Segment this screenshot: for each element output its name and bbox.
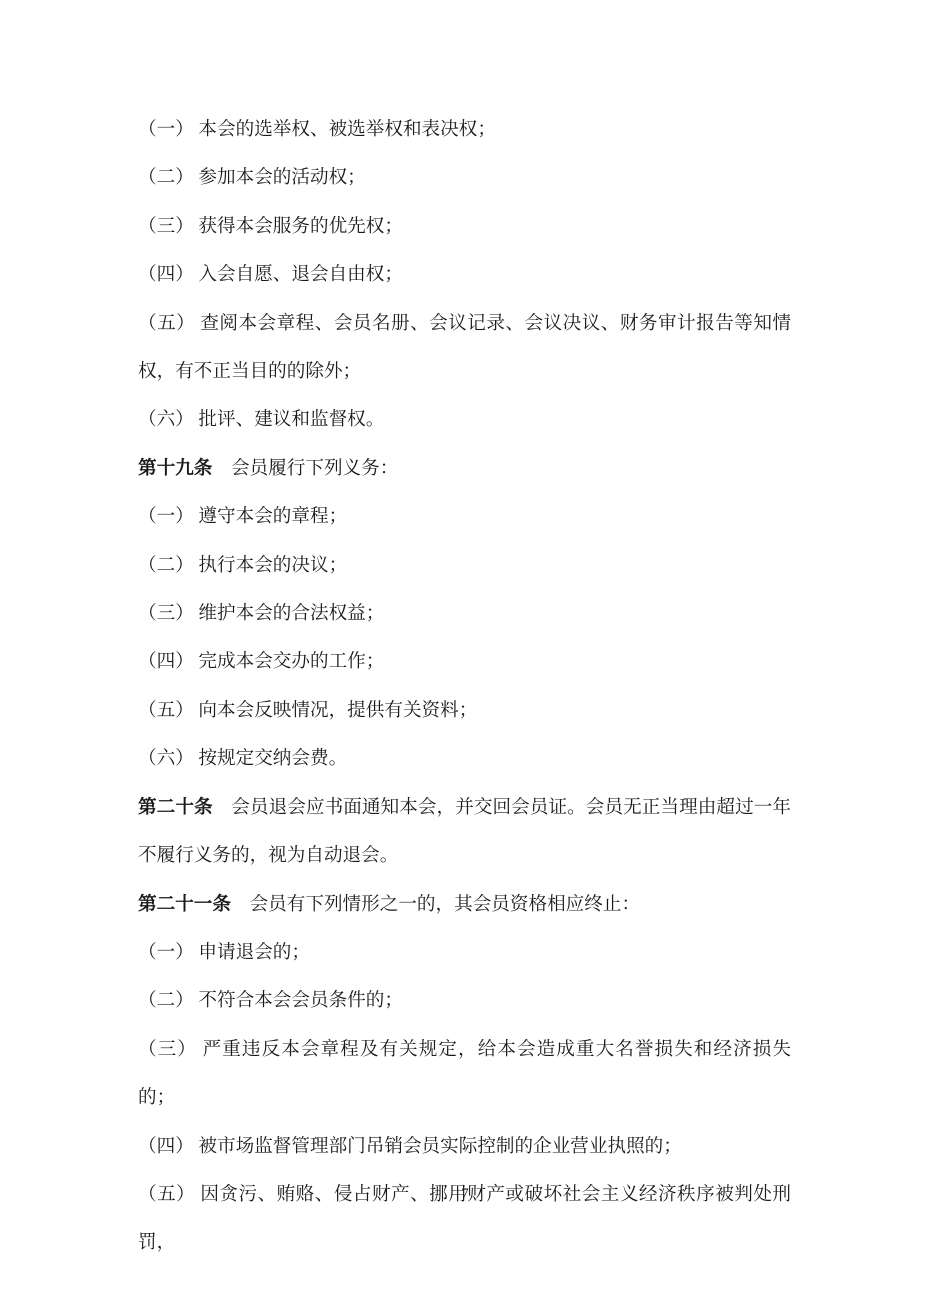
document-paragraph: （二） 不符合本会会员条件的； <box>138 977 791 1025</box>
document-paragraph: （五） 向本会反映情况，提供有关资料； <box>138 687 791 735</box>
document-paragraph: （五） 查阅本会章程、会员名册、会议记录、会议决议、财务审计报告等知情权，有不正… <box>138 300 791 397</box>
document-paragraph: （一） 本会的选举权、被选举权和表决权； <box>138 106 791 154</box>
article-number-label: 第二十一条 <box>138 894 231 915</box>
article-number-label: 第十九条 <box>138 458 212 479</box>
document-body: （一） 本会的选举权、被选举权和表决权；（二） 参加本会的活动权；（三） 获得本… <box>138 106 791 1268</box>
page-number: 7 <box>461 1186 469 1202</box>
document-paragraph: （六） 批评、建议和监督权。 <box>138 396 791 444</box>
article-number-label: 第二十条 <box>138 797 213 818</box>
document-paragraph: 第二十条 会员退会应书面通知本会，并交回会员证。会员无正当理由超过一年不履行义务… <box>138 784 791 881</box>
document-paragraph: （四） 入会自愿、退会自由权； <box>138 251 791 299</box>
document-paragraph: 第二十一条 会员有下列情形之一的，其会员资格相应终止： <box>138 881 791 929</box>
document-paragraph: （六） 按规定交纳会费。 <box>138 735 791 783</box>
page-footer: 7 <box>0 1183 930 1205</box>
document-page: （一） 本会的选举权、被选举权和表决权；（二） 参加本会的活动权；（三） 获得本… <box>0 0 930 1305</box>
document-paragraph: （三） 维护本会的合法权益； <box>138 590 791 638</box>
document-paragraph: 第十九条 会员履行下列义务： <box>138 445 791 493</box>
document-paragraph: （二） 执行本会的决议； <box>138 542 791 590</box>
document-paragraph: （四） 被市场监督管理部门吊销会员实际控制的企业营业执照的； <box>138 1123 791 1171</box>
document-paragraph: （四） 完成本会交办的工作； <box>138 638 791 686</box>
document-paragraph: （三） 获得本会服务的优先权； <box>138 203 791 251</box>
document-paragraph: （二） 参加本会的活动权； <box>138 154 791 202</box>
document-paragraph: （一） 遵守本会的章程； <box>138 493 791 541</box>
document-paragraph: （一） 申请退会的； <box>138 929 791 977</box>
document-paragraph: （三） 严重违反本会章程及有关规定，给本会造成重大名誉损失和经济损失的； <box>138 1026 791 1123</box>
